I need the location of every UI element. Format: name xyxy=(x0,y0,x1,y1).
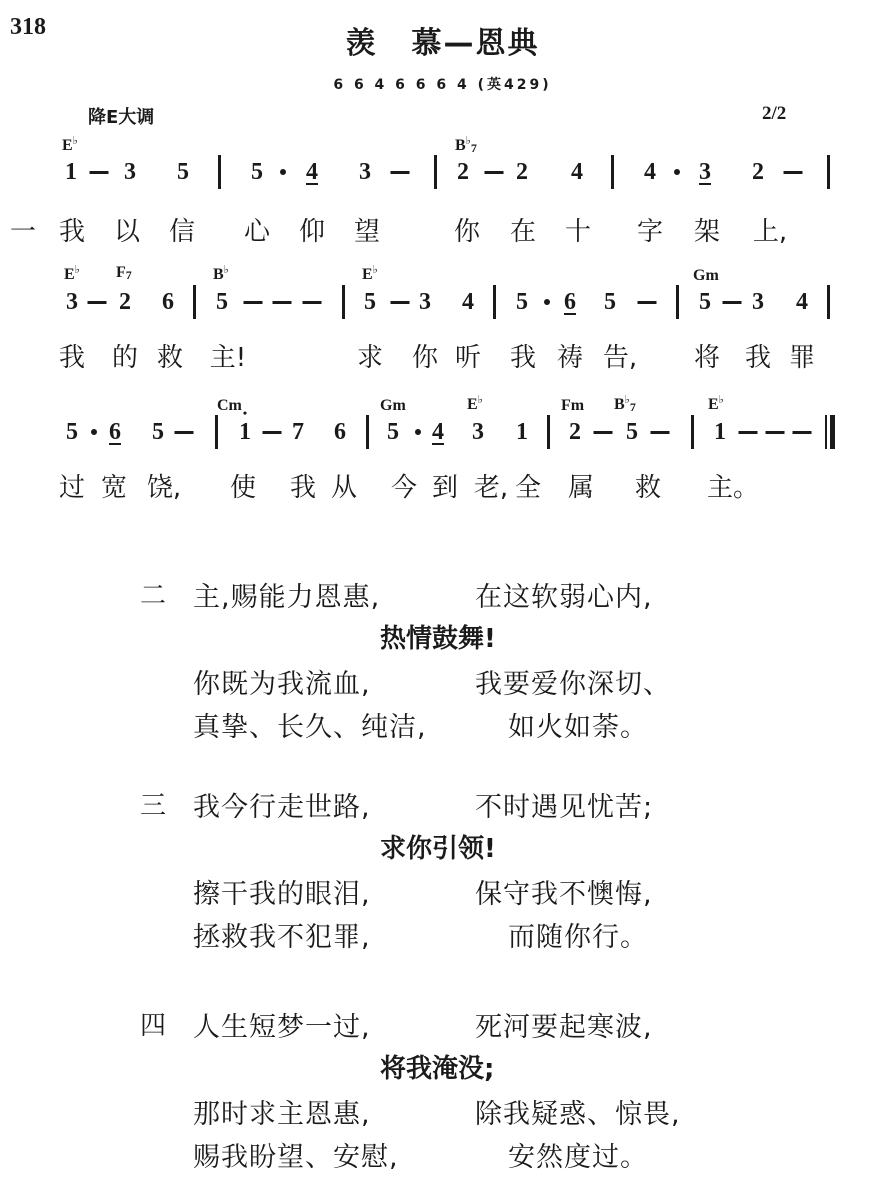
lyric-syllable: 求 xyxy=(357,345,383,371)
verse-number: 四 xyxy=(140,1005,166,1042)
note: 3 xyxy=(124,160,136,184)
augmentation-dot xyxy=(544,299,550,305)
barline xyxy=(547,415,550,449)
key-signature: 降E大调 xyxy=(88,103,154,129)
barline xyxy=(193,285,196,319)
final-barline-thin xyxy=(825,415,827,449)
extension-dash xyxy=(766,431,785,434)
lyric-syllable: 的 xyxy=(112,345,138,371)
chord-symbol: B♭7 xyxy=(455,136,477,154)
note: 3 xyxy=(419,290,431,314)
lyric-syllable: 我 xyxy=(59,345,85,371)
lyric-syllable: 宽 xyxy=(101,475,127,501)
barline xyxy=(215,415,218,449)
note: 5 xyxy=(387,420,399,444)
final-barline-thick xyxy=(830,415,835,449)
hymn-title: 羡慕—恩典 xyxy=(0,18,885,62)
title-char-1: 羡 xyxy=(346,26,378,61)
time-signature: 2/2 xyxy=(762,103,786,125)
barline xyxy=(366,415,369,449)
flat-icon: ♭ xyxy=(478,394,483,406)
lyric-syllable: 从 xyxy=(331,475,357,501)
lyric-syllable: 我 xyxy=(290,475,316,501)
extension-dash xyxy=(303,301,322,304)
note: 5 xyxy=(699,290,711,314)
note: 6 xyxy=(162,290,174,314)
lyric-syllable: 救 xyxy=(635,475,661,501)
note: 1 xyxy=(239,420,251,444)
lyric-syllable: 上, xyxy=(753,219,787,245)
note: 2 xyxy=(752,160,764,184)
note: 2 xyxy=(569,420,581,444)
chord-symbol: E♭ xyxy=(708,395,724,413)
note: 1 xyxy=(516,420,528,444)
verse-line: 你既为我流血, xyxy=(193,662,371,701)
note: 4 xyxy=(432,420,444,444)
note: 5 xyxy=(516,290,528,314)
extension-dash xyxy=(90,171,109,174)
note: 7 xyxy=(292,420,304,444)
note: 5 xyxy=(626,420,638,444)
lyric-syllable: 到 xyxy=(432,475,458,501)
lyric-syllable: 以 xyxy=(114,219,140,245)
lyric-syllable: 我 xyxy=(510,345,536,371)
lyric-syllable: 你 xyxy=(454,219,480,245)
verse-number: 二 xyxy=(140,575,166,612)
verse-line: 真挚、长久、纯洁, xyxy=(193,705,427,744)
chord-symbol: E♭ xyxy=(467,395,483,413)
lyric-syllable: 使 xyxy=(230,475,256,501)
lyric-syllable: 全 xyxy=(515,475,541,501)
barline xyxy=(691,415,694,449)
verse-line: 擦干我的眼泪, xyxy=(193,872,371,911)
lyric-syllable: 心 xyxy=(244,219,270,245)
extension-dash xyxy=(391,171,410,174)
extension-dash xyxy=(784,171,803,174)
note: 5 xyxy=(66,420,78,444)
extension-dash xyxy=(263,431,282,434)
verse-line: 死河要起寒波, xyxy=(475,1005,653,1044)
augmentation-dot xyxy=(674,169,680,175)
verse-line: 而随你行。 xyxy=(508,915,648,954)
verse-line: 在这软弱心内, xyxy=(475,575,653,614)
verse-line: 主,赐能力恩惠, xyxy=(193,575,380,614)
verse-line: 安然度过。 xyxy=(508,1135,648,1174)
flat-icon: ♭ xyxy=(75,264,80,276)
lyric-syllable: 祷 xyxy=(557,345,583,371)
note: 4 xyxy=(571,160,583,184)
lyric-syllable: 将 xyxy=(694,345,720,371)
note: 4 xyxy=(796,290,808,314)
note: 1 xyxy=(65,160,77,184)
extension-dash xyxy=(594,431,613,434)
extension-dash xyxy=(244,301,263,304)
chord-symbol: Cm xyxy=(217,398,242,414)
note: 2 xyxy=(119,290,131,314)
lyric-syllable: 今 xyxy=(391,475,417,501)
note: 2 xyxy=(516,160,528,184)
chord-symbol: B♭ xyxy=(213,265,229,283)
lyric-syllable: 你 xyxy=(412,345,438,371)
note: 1 xyxy=(714,420,726,444)
note: 6 xyxy=(109,420,121,444)
barline xyxy=(827,155,830,189)
lyric-syllable: 仰 xyxy=(299,219,325,245)
chord-symbol: Gm xyxy=(693,268,719,284)
chord-symbol: Fm xyxy=(561,398,584,414)
lyric-syllable: 望 xyxy=(354,219,380,245)
barline xyxy=(218,155,221,189)
lyric-syllable: 听 xyxy=(455,345,481,371)
barline xyxy=(342,285,345,319)
verse-refrain: 求你引领! xyxy=(380,828,496,865)
note: 5 xyxy=(364,290,376,314)
lyric-syllable: 饶, xyxy=(147,475,181,501)
verse-line: 人生短梦一过, xyxy=(193,1005,371,1044)
note: 5 xyxy=(604,290,616,314)
verse-line: 我要爱你深切、 xyxy=(475,662,671,701)
chord-symbol: F7 xyxy=(116,265,132,281)
verse-line: 拯救我不犯罪, xyxy=(193,915,371,954)
flat-icon: ♭ xyxy=(373,264,378,276)
extension-dash xyxy=(793,431,812,434)
note: 3 xyxy=(359,160,371,184)
extension-dash xyxy=(391,301,410,304)
extension-dash xyxy=(485,171,504,174)
verse-line: 如火如荼。 xyxy=(508,705,648,744)
note: 3 xyxy=(472,420,484,444)
verse-refrain: 热情鼓舞! xyxy=(380,618,496,655)
extension-dash xyxy=(739,431,758,434)
augmentation-dot xyxy=(415,429,421,435)
lyric-syllable: 我 xyxy=(59,219,85,245)
note: 3 xyxy=(752,290,764,314)
note: 2 xyxy=(457,160,469,184)
verse-number: 三 xyxy=(140,785,166,822)
barline xyxy=(827,285,830,319)
note: 4 xyxy=(462,290,474,314)
chord-symbol: Gm xyxy=(380,398,406,414)
lyric-syllable: 十 xyxy=(565,219,591,245)
note: 6 xyxy=(334,420,346,444)
lyric-syllable: 架 xyxy=(694,219,720,245)
note: 3 xyxy=(699,160,711,184)
title-subtitle: —恩典 xyxy=(444,26,540,61)
lyric-syllable: 在 xyxy=(510,219,536,245)
extension-dash xyxy=(651,431,670,434)
note: 5 xyxy=(216,290,228,314)
extension-dash xyxy=(175,431,194,434)
meter-line: 6 6 4 6 6 6 4 (英429) xyxy=(0,74,885,94)
extension-dash xyxy=(88,301,107,304)
lyric-syllable: 我 xyxy=(745,345,771,371)
extension-dash xyxy=(638,301,657,304)
note: 5 xyxy=(152,420,164,444)
note: 5 xyxy=(251,160,263,184)
augmentation-dot xyxy=(91,429,97,435)
flat-icon: ♭ xyxy=(719,394,724,406)
lyric-syllable: 告, xyxy=(603,345,637,371)
lyric-syllable: 信 xyxy=(169,219,195,245)
extension-dash xyxy=(273,301,292,304)
barline xyxy=(434,155,437,189)
lyric-syllable: 罪 xyxy=(789,345,815,371)
verse-line: 赐我盼望、安慰, xyxy=(193,1135,399,1174)
barline xyxy=(676,285,679,319)
augmentation-dot xyxy=(280,169,286,175)
verse-line: 保守我不懊悔, xyxy=(475,872,653,911)
note: 4 xyxy=(644,160,656,184)
note: 5 xyxy=(177,160,189,184)
lyric-syllable: 救 xyxy=(157,345,183,371)
lyric-syllable: 老, xyxy=(474,475,508,501)
note: 3 xyxy=(66,290,78,314)
chord-symbol: B♭7 xyxy=(614,395,636,413)
verse-line: 我今行走世路, xyxy=(193,785,371,824)
barline xyxy=(611,155,614,189)
flat-icon: ♭ xyxy=(73,135,78,147)
verse-line: 除我疑惑、惊畏, xyxy=(475,1092,681,1131)
chord-symbol: E♭ xyxy=(362,265,378,283)
lyric-syllable: 一 xyxy=(10,219,36,245)
title-char-2: 慕 xyxy=(412,26,444,61)
note: 6 xyxy=(564,290,576,314)
verse-line: 那时求主恩惠, xyxy=(193,1092,371,1131)
lyric-syllable: 主! xyxy=(210,345,246,371)
note: 4 xyxy=(306,160,318,184)
verse-refrain: 将我淹没; xyxy=(380,1048,494,1085)
flat-icon: ♭ xyxy=(224,264,229,276)
barline xyxy=(493,285,496,319)
chord-symbol: E♭ xyxy=(64,265,80,283)
lyric-syllable: 属 xyxy=(568,475,594,501)
lyric-syllable: 过 xyxy=(59,475,85,501)
verse-line: 不时遇见忧苦; xyxy=(475,785,653,824)
extension-dash xyxy=(723,301,742,304)
chord-symbol: E♭ xyxy=(62,136,78,154)
lyric-syllable: 字 xyxy=(637,219,663,245)
lyric-syllable: 主。 xyxy=(707,475,759,501)
